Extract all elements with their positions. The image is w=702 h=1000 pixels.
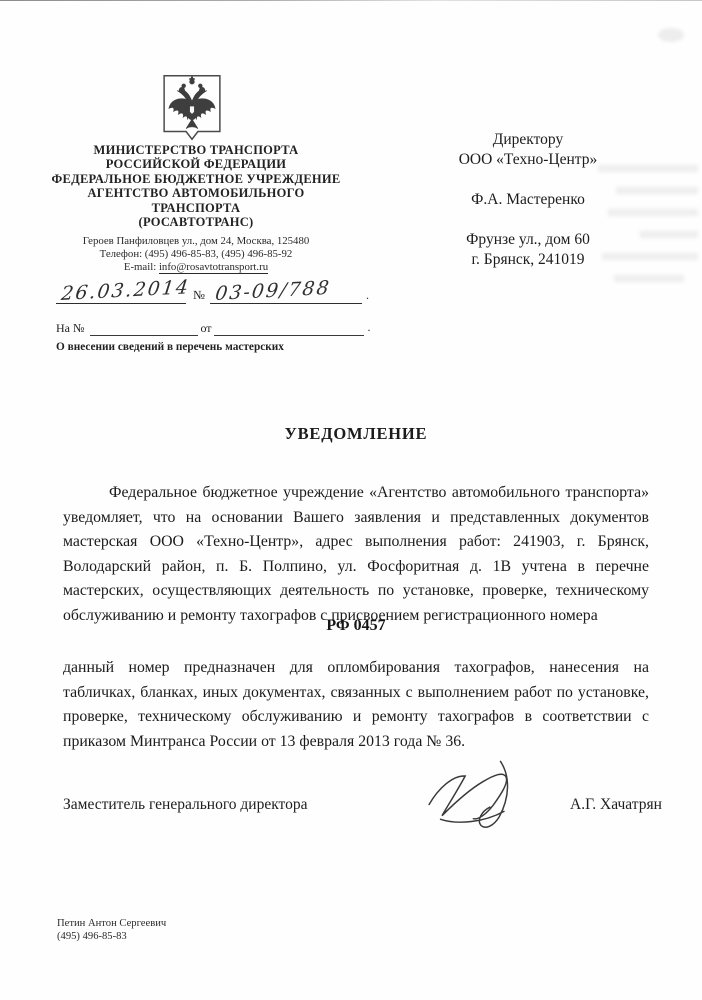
- number-field: 03-09/788: [210, 275, 362, 304]
- org-line: АГЕНТСТВО АВТОМОБИЛЬНОГО: [22, 186, 370, 200]
- letterhead-contacts: Героев Панфиловцев ул., дом 24, Москва, …: [22, 235, 370, 274]
- org-line: РОССИЙСКОЙ ФЕДЕРАЦИИ: [22, 157, 370, 171]
- notification-title: УВЕДОМЛЕНИЕ: [63, 424, 649, 444]
- addressee-company: ООО «Техно-Центр»: [406, 150, 650, 170]
- handwritten-number: 03-09/788: [214, 277, 332, 305]
- handwritten-date: 26.03.2014: [60, 276, 191, 305]
- reply-prefix: На №: [56, 321, 84, 336]
- signatory-position: Заместитель генерального директора: [63, 796, 308, 814]
- scan-speck: [658, 28, 684, 42]
- outgoing-reference-line: 26.03.2014 № 03-09/788 .: [56, 276, 372, 304]
- scan-edge-artifact: [0, 0, 702, 1]
- org-line: (РОСАВТОТРАНС): [22, 215, 370, 229]
- trailing-dot: .: [368, 320, 371, 335]
- registration-number: РФ 0457: [63, 617, 649, 635]
- phone-line: Телефон: (495) 496-85-83, (495) 496-85-9…: [22, 248, 370, 261]
- executor-contact: Петин Антон Сергеевич (495) 496-85-83: [57, 917, 166, 943]
- body-paragraph-2: данный номер предназначен для опломбиров…: [63, 656, 649, 754]
- signatory-name: А.Г. Хачатрян: [570, 796, 662, 814]
- org-line: МИНИСТЕРСТВО ТРАНСПОРТА: [22, 143, 370, 157]
- addressee-city: г. Брянск, 241019: [406, 250, 650, 270]
- ministry-name-block: МИНИСТЕРСТВО ТРАНСПОРТА РОССИЙСКОЙ ФЕДЕР…: [22, 143, 370, 229]
- coat-of-arms-icon: [162, 74, 222, 144]
- org-line: ФЕДЕРАЛЬНОЕ БЮДЖЕТНОЕ УЧРЕЖДЕНИЕ: [22, 172, 370, 186]
- body-paragraph-1: Федеральное бюджетное учреждение «Агентс…: [63, 481, 649, 629]
- email-label: E-mail:: [124, 261, 156, 273]
- addressee-person: Ф.А. Мастеренко: [406, 190, 650, 210]
- reference-block: 26.03.2014 № 03-09/788 . На № от .: [56, 276, 372, 336]
- org-line: ТРАНСПОРТА: [22, 201, 370, 215]
- scanned-letter-page: МИНИСТЕРСТВО ТРАНСПОРТА РОССИЙСКОЙ ФЕДЕР…: [0, 0, 702, 1000]
- email-address: info@rosavtotransport.ru: [159, 261, 268, 274]
- executor-phone: (495) 496-85-83: [57, 930, 166, 943]
- reply-ot-label: от: [200, 321, 211, 336]
- reply-reference-line: На № от .: [56, 310, 372, 336]
- date-field: 26.03.2014: [56, 275, 186, 304]
- email-line: E-mail: info@rosavtotransport.ru: [22, 261, 370, 274]
- signature-icon: [415, 752, 545, 843]
- addressee-title: Директору: [406, 130, 650, 150]
- address-line: Героев Панфиловцев ул., дом 24, Москва, …: [22, 235, 370, 248]
- number-sign: №: [193, 288, 205, 303]
- trailing-dot: .: [366, 288, 369, 303]
- addressee-block: Директору ООО «Техно-Центр» Ф.А. Мастере…: [406, 130, 650, 270]
- reply-date-blank: [214, 309, 364, 336]
- subject-line: О внесении сведений в перечень мастерски…: [56, 341, 284, 353]
- reply-number-blank: [90, 309, 198, 336]
- executor-name: Петин Антон Сергеевич: [57, 917, 166, 930]
- addressee-street: Фрунзе ул., дом 60: [406, 230, 650, 250]
